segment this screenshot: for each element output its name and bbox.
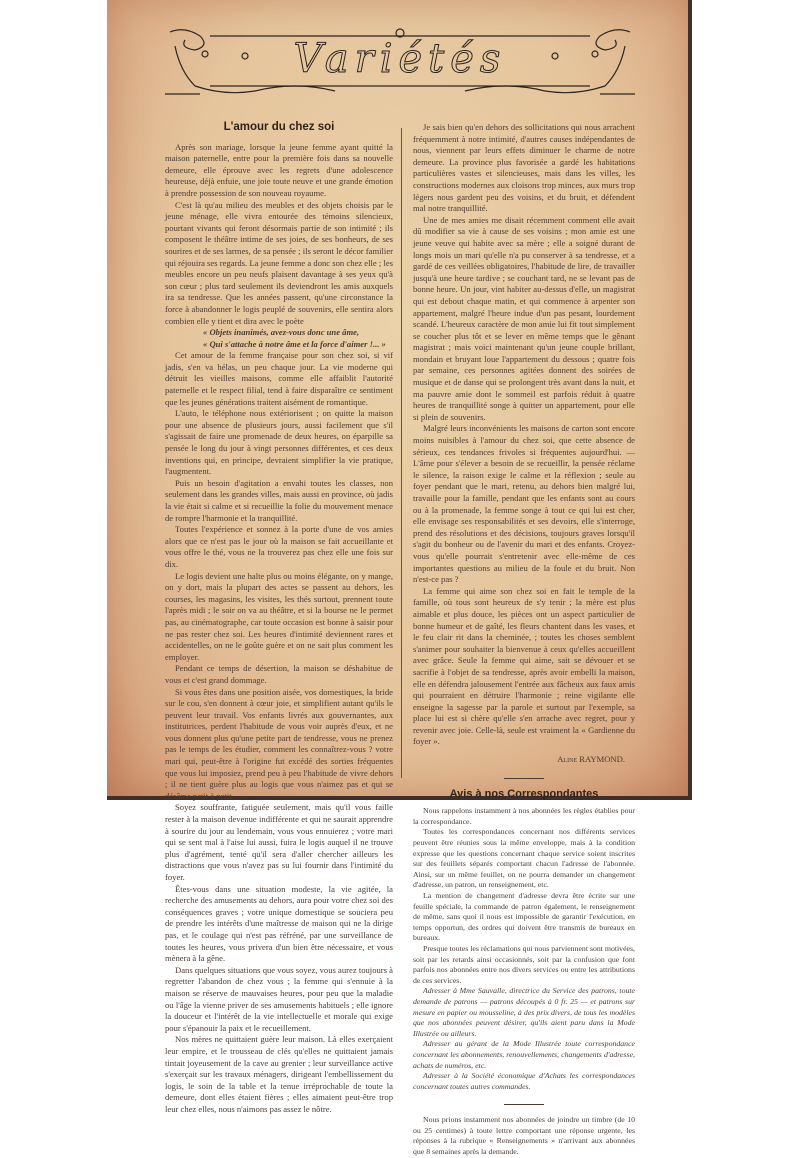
article-paragraph: Puis un besoin d'agitation a envahi tout…: [165, 478, 393, 524]
author-signature: Aline RAYMOND.: [413, 754, 625, 766]
page-edge-shadow: [688, 0, 692, 798]
article-paragraph: Je sais bien qu'en dehors des sollicitat…: [413, 122, 635, 215]
article-paragraph: Une de mes amies me disait récemment com…: [413, 215, 635, 424]
article-column-right: Je sais bien qu'en dehors des sollicitat…: [413, 122, 635, 800]
article-paragraph: La femme qui aime son chez soi en fait l…: [413, 586, 635, 748]
article-paragraph: Après son mariage, lorsque la jeune femm…: [165, 142, 393, 200]
section-divider-rule: [504, 778, 544, 779]
notice-title: Avis à nos Correspondantes: [413, 789, 635, 800]
verse-line: « Qui s'attache à notre âme et la force …: [165, 339, 393, 351]
verse-line: « Objets inanimés, avez-vous donc une âm…: [165, 327, 393, 339]
section-title-varietes: Variétés: [150, 36, 650, 82]
article-paragraph: Toutes l'expérience et sonnez à la porte…: [165, 524, 393, 570]
article-paragraph: C'est là qu'au milieu des meubles et des…: [165, 200, 393, 328]
article-paragraph: Si vous êtes dans une position aisée, vo…: [165, 687, 393, 801]
section-header-ornament: Variétés: [150, 26, 650, 98]
article-title: L'amour du chez soi: [165, 122, 393, 134]
article-paragraph: L'auto, le téléphone nous extériorisent …: [165, 408, 393, 478]
article-paragraph: Pendant ce temps de désertion, la maison…: [165, 663, 393, 686]
article-paragraph: Cet amour de la femme française pour son…: [165, 350, 393, 408]
article-column-left: L'amour du chez soi Après son mariage, l…: [165, 122, 393, 800]
column-divider: [401, 128, 402, 778]
article-paragraph: Malgré leurs inconvénients les maisons d…: [413, 423, 635, 585]
article-paragraph: Le logis devient une halte plus ou moins…: [165, 571, 393, 664]
